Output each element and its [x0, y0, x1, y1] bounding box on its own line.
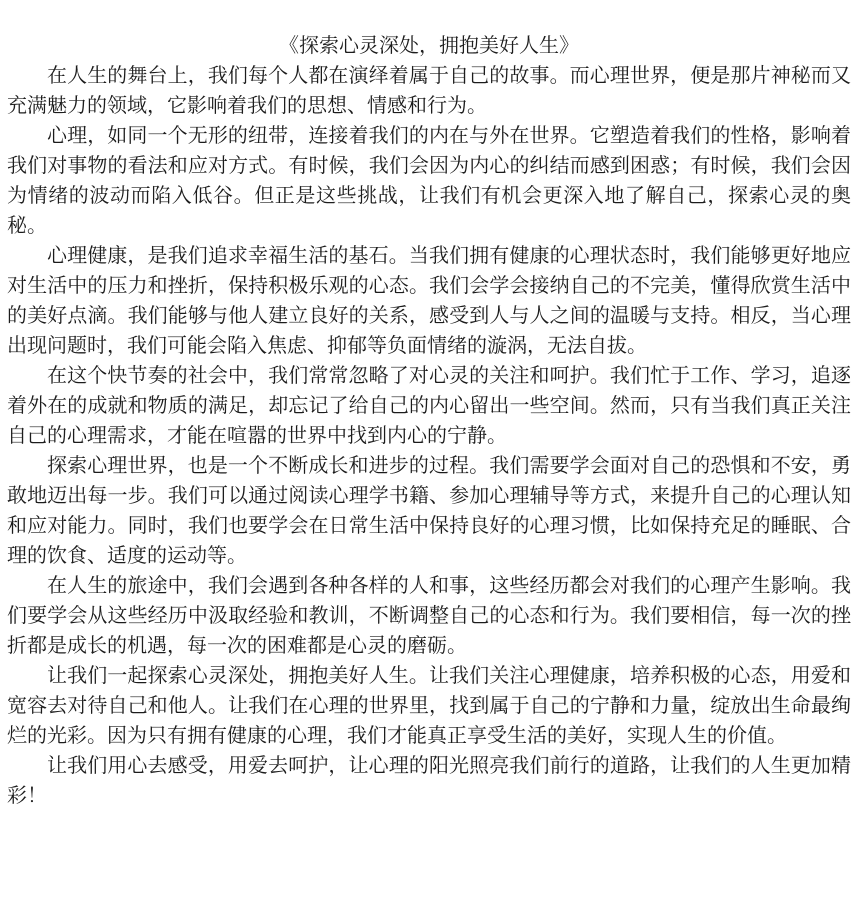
- paragraph-call-to-explore: 让我们一起探索心灵深处，拥抱美好人生。让我们关注心理健康，培养积极的心态，用爱和…: [7, 661, 851, 751]
- document-page: 《探索心灵深处，拥抱美好人生》 在人生的舞台上，我们每个人都在演绎着属于自己的故…: [0, 0, 868, 900]
- paragraph-psychology-bond: 心理，如同一个无形的纽带，连接着我们的内在与外在世界。它塑造着我们的性格，影响着…: [7, 121, 851, 241]
- paragraph-growth-process: 探索心理世界，也是一个不断成长和进步的过程。我们需要学会面对自己的恐惧和不安，勇…: [7, 451, 851, 571]
- paragraph-mental-health-foundation: 心理健康，是我们追求幸福生活的基石。当我们拥有健康的心理状态时，我们能够更好地应…: [7, 241, 851, 361]
- paragraph-closing: 让我们用心去感受，用爱去呵护，让心理的阳光照亮我们前行的道路，让我们的人生更加精…: [7, 751, 851, 811]
- paragraph-life-journey: 在人生的旅途中，我们会遇到各种各样的人和事，这些经历都会对我们的心理产生影响。我…: [7, 571, 851, 661]
- page-title: 《探索心灵深处，拥抱美好人生》: [7, 31, 851, 61]
- paragraph-fast-paced-society: 在这个快节奏的社会中，我们常常忽略了对心灵的关注和呵护。我们忙于工作、学习，追逐…: [7, 361, 851, 451]
- paragraph-intro: 在人生的舞台上，我们每个人都在演绎着属于自己的故事。而心理世界，便是那片神秘而又…: [7, 61, 851, 121]
